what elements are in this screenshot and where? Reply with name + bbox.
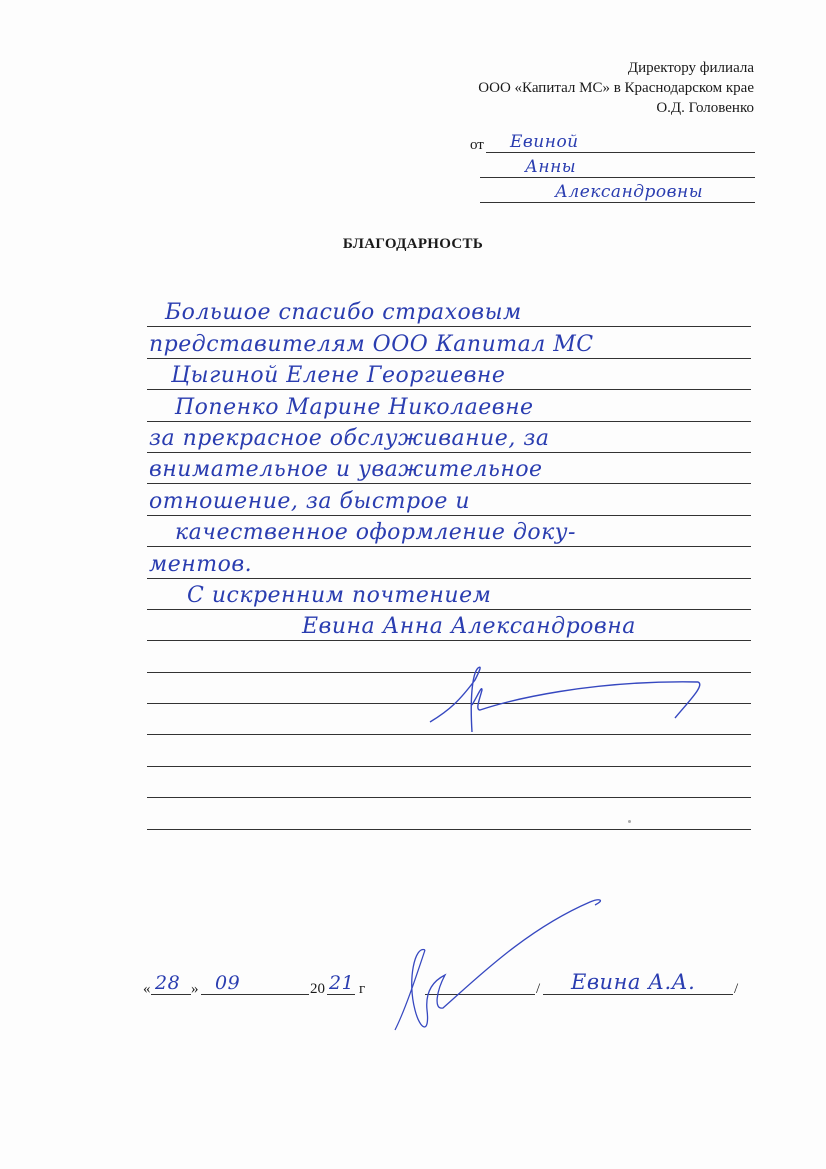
sender-patronymic: Александровны — [555, 182, 703, 202]
body-text: отношение, за быстрое и — [149, 491, 470, 513]
body-line: Цыгиной Елене Георгиевне — [147, 359, 751, 390]
sender-block: от Евиной Анны Александровны — [470, 132, 755, 207]
addressee-company: ООО «Капитал МС» в Краснодарском крае — [478, 78, 754, 98]
body-text: С искренним почтением — [187, 585, 491, 607]
sender-line: Анны — [470, 157, 755, 182]
body-line: представителям ООО Капитал МС — [147, 327, 751, 358]
sender-surname: Евиной — [510, 132, 579, 152]
body-text: представителям ООО Капитал МС — [149, 334, 594, 356]
date-month: 09 — [215, 972, 240, 994]
body-line: Попенко Марине Николаевне — [147, 390, 751, 421]
quote-close: » — [191, 981, 199, 998]
scan-artifact — [628, 820, 631, 823]
body-text: Большое спасибо страховым — [165, 302, 522, 324]
body-text: качественное оформление доку- — [175, 522, 576, 544]
sender-label: от — [470, 137, 484, 154]
body-line — [147, 767, 751, 798]
body-text: Цыгиной Елене Георгиевне — [171, 365, 505, 387]
sender-line: от Евиной — [470, 132, 755, 157]
body-line: Евина Анна Александровна — [147, 610, 751, 641]
body-text: Евина Анна Александровна — [302, 616, 636, 638]
year-prefix: 20 — [310, 981, 325, 998]
addressee-position: Директору филиала — [478, 58, 754, 78]
footer-signature-mark — [385, 890, 665, 1040]
body-line: С искренним почтением — [147, 579, 751, 610]
body-text: Попенко Марине Николаевне — [175, 397, 534, 419]
slash: / — [734, 981, 738, 998]
body-line: Большое спасибо страховым — [147, 296, 751, 327]
body-line — [147, 798, 751, 829]
date-day: 28 — [155, 972, 180, 994]
year-unit: г — [359, 981, 365, 998]
body-text: за прекрасное обслуживание, за — [149, 428, 549, 450]
date-year: 21 — [329, 972, 354, 994]
addressee-name: О.Д. Головенко — [478, 98, 754, 118]
body-text: внимательное и уважительное — [149, 459, 543, 481]
sender-line: Александровны — [470, 182, 755, 207]
quote-open: « — [143, 981, 151, 998]
body-line: качественное оформление доку- — [147, 516, 751, 547]
body-line: внимательное и уважительное — [147, 453, 751, 484]
body-line: за прекрасное обслуживание, за — [147, 422, 751, 453]
addressee-block: Директору филиала ООО «Капитал МС» в Кра… — [478, 58, 754, 118]
sender-first-name: Анны — [525, 157, 576, 177]
document-title: БЛАГОДАРНОСТЬ — [0, 236, 826, 253]
body-line: ментов. — [147, 547, 751, 578]
body-text: ментов. — [149, 554, 252, 576]
signature-mark — [420, 660, 720, 750]
body-line: отношение, за быстрое и — [147, 484, 751, 515]
